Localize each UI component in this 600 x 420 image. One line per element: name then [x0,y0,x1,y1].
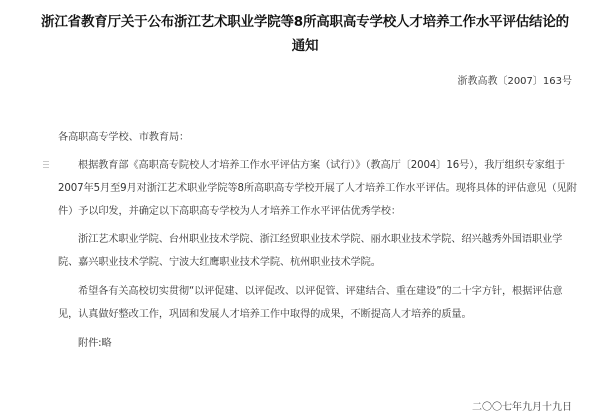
paragraph-evaluation-basis: 根据教育部《高职高专院校人才培养工作水平评估方案（试行）》（教高厅〔2004〕1… [58,154,578,223]
attachment-note: 附件:略 [58,332,578,355]
paragraph-expectations: 希望各有关高校切实贯彻“以评促建、以评促改、以评促管、评建结合、重在建设”的二十… [58,280,578,326]
document-number: 浙教高教〔2007〕163号 [457,72,572,87]
document-date: 二〇〇七年九月十九日 [472,398,572,413]
title-line-2: 通知 [40,34,570,58]
salutation: 各高职高专学校、市教育局： [58,126,578,149]
paragraph-excellent-schools: 浙江艺术职业学院、台州职业技术学院、浙江经贸职业技术学院、丽水职业技术学院、绍兴… [58,228,578,274]
drag-handle-icon[interactable] [43,161,49,171]
title-line-1: 浙江省教育厅关于公布浙江艺术职业学院等8所高职高专学校人才培养工作水平评估结论的 [40,10,570,34]
document-title: 浙江省教育厅关于公布浙江艺术职业学院等8所高职高专学校人才培养工作水平评估结论的… [40,10,570,58]
